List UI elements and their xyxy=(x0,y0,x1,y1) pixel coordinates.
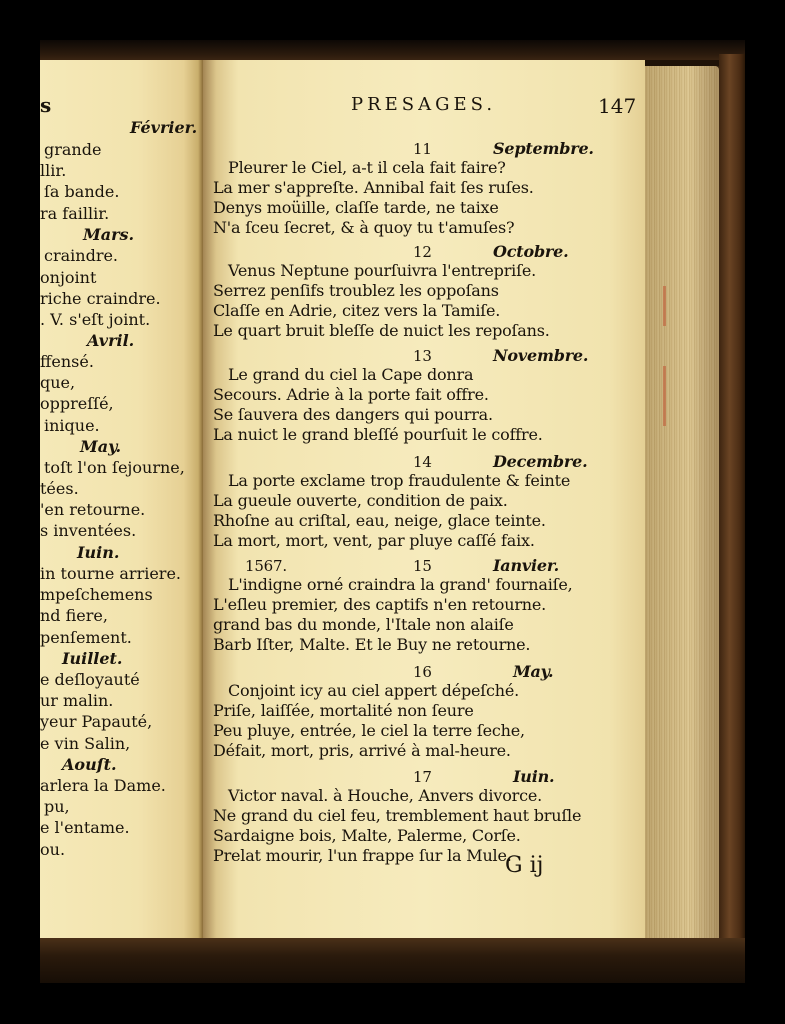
verse-line-fragment: e vin Salin, xyxy=(40,734,130,753)
verse-line: Serrez penſifs troublez les oppoſans xyxy=(213,282,499,301)
verse-line-fragment: ffensé. xyxy=(40,352,94,371)
book-top-edge xyxy=(40,40,745,60)
verse-line: Barb Iſter, Malte. Et le Buy ne retourne… xyxy=(213,636,530,655)
verse-line: La mort, mort, vent, par pluye caſſé fai… xyxy=(213,532,535,551)
verse-line: Venus Neptune pourſuivra l'entrepriſe. xyxy=(228,262,536,281)
verse-line-fragment: s inventées. xyxy=(40,521,136,540)
presage-month: Iuin. xyxy=(513,768,554,787)
presage-number: 15 xyxy=(413,557,432,576)
presage-number: 11 xyxy=(413,140,432,159)
verse-line-fragment: oppreſſé, xyxy=(40,394,114,413)
right-page: PRESAGES. 147 11Septembre.Pleurer le Cie… xyxy=(203,60,645,940)
verse-line-fragment: ſa bande. xyxy=(44,182,119,201)
verse-line-fragment: mpeſchemens xyxy=(40,585,153,604)
book-cover-edge xyxy=(719,54,745,954)
verse-line: N'a ſceu ſecret, & à quoy tu t'amuſes? xyxy=(213,219,514,238)
presage-month: Ianvier. xyxy=(493,557,559,576)
verse-line: Claſſe en Adrie, citez vers la Tamiſe. xyxy=(213,302,500,321)
signature-mark: G ij xyxy=(505,853,543,878)
verse-line-fragment: nd fiere, xyxy=(40,606,108,625)
presage-month: Decembre. xyxy=(493,453,587,472)
verse-line-fragment: arlera la Dame. xyxy=(40,776,166,795)
verse-line: Rhoſne au criſtal, eau, neige, glace tei… xyxy=(213,512,546,531)
verse-line: La nuict le grand bleſſé pourſuit le cof… xyxy=(213,426,543,445)
verse-line: Conjoint icy au ciel appert dépeſché. xyxy=(228,682,519,701)
month-heading: Iuillet. xyxy=(62,649,123,668)
month-heading: Mars. xyxy=(83,225,134,244)
verse-line-fragment: e deſloyauté xyxy=(40,670,140,689)
verse-line: Peu pluye, entrée, le ciel la terre ſech… xyxy=(213,722,525,741)
left-running-head: s xyxy=(40,93,51,117)
verse-line: Le grand du ciel la Cape donra xyxy=(228,366,473,385)
verse-line: Pleurer le Ciel, a-t il cela fait faire? xyxy=(228,159,506,178)
page-number: 147 xyxy=(598,94,636,118)
verse-line-fragment: in tourne arriere. xyxy=(40,564,181,583)
verse-line: Ne grand du ciel feu, tremblement haut b… xyxy=(213,807,581,826)
verse-line-fragment: yeur Papauté, xyxy=(40,712,152,731)
verse-line: Le quart bruit bleſſe de nuict les repoſ… xyxy=(213,322,550,341)
month-heading: Février. xyxy=(130,118,197,137)
verse-line: La gueule ouverte, condition de paix. xyxy=(213,492,508,511)
presage-number: 17 xyxy=(413,768,432,787)
presage-month: Octobre. xyxy=(493,243,569,262)
verse-line-fragment: 'en retourne. xyxy=(40,500,145,519)
month-heading: Iuin. xyxy=(77,543,119,562)
running-head: PRESAGES. xyxy=(351,94,496,115)
month-heading: May. xyxy=(80,437,121,456)
presage-month: Septembre. xyxy=(493,140,594,159)
verse-line-fragment: tées. xyxy=(40,479,79,498)
verse-line: Victor naval. à Houche, Anvers divorce. xyxy=(228,787,542,806)
left-page: s Février.grandellir.ſa bande.ra faillir… xyxy=(40,60,203,938)
verse-line: Prelat mourir, l'un frappe ſur la Mule. xyxy=(213,847,512,866)
presage-number: 16 xyxy=(413,663,432,682)
verse-line-fragment: pu, xyxy=(44,797,70,816)
verse-line: Denys moüille, claſſe tarde, ne taixe xyxy=(213,199,499,218)
verse-line-fragment: toſt l'on ſejourne, xyxy=(44,458,185,477)
verse-line-fragment: riche craindre. xyxy=(40,289,161,308)
red-edge-stain xyxy=(663,286,666,326)
verse-line-fragment: . V. s'eſt joint. xyxy=(40,310,150,329)
red-edge-stain xyxy=(663,366,666,426)
presage-month: Novembre. xyxy=(493,347,588,366)
verse-line: L'indigne orné craindra la grand' fourna… xyxy=(228,576,572,595)
verse-line: Priſe, laiſſée, mortalité non ſeure xyxy=(213,702,474,721)
verse-line: grand bas du monde, l'Itale non alaiſe xyxy=(213,616,514,635)
verse-line: Sardaigne bois, Malte, Palerme, Corſe. xyxy=(213,827,521,846)
verse-line-fragment: ra faillir. xyxy=(40,204,109,223)
presage-number: 13 xyxy=(413,347,432,366)
presage-month: May. xyxy=(513,663,553,682)
month-heading: Avril. xyxy=(87,331,134,350)
year-marker: 1567. xyxy=(245,557,287,576)
verse-line-fragment: ou. xyxy=(40,840,65,859)
book-bottom-edge xyxy=(40,938,745,983)
verse-line-fragment: penſement. xyxy=(40,628,132,647)
book-photograph: s Février.grandellir.ſa bande.ra faillir… xyxy=(40,40,745,983)
verse-line-fragment: e l'entame. xyxy=(40,818,130,837)
verse-line-fragment: ur malin. xyxy=(40,691,113,710)
verse-line: L'eſleu premier, des captifs n'en retour… xyxy=(213,596,546,615)
presage-number: 12 xyxy=(413,243,432,262)
verse-line-fragment: que, xyxy=(40,373,75,392)
verse-line: Défait, mort, pris, arrivé à mal-heure. xyxy=(213,742,511,761)
verse-line: Secours. Adrie à la porte fait offre. xyxy=(213,386,489,405)
verse-line: La mer s'appreſte. Annibal fait ſes ruſe… xyxy=(213,179,534,198)
verse-line: La porte exclame trop fraudulente & fein… xyxy=(228,472,570,491)
verse-line-fragment: craindre. xyxy=(44,246,118,265)
verse-line-fragment: grande xyxy=(44,140,101,159)
month-heading: Aouſt. xyxy=(62,755,117,774)
presage-number: 14 xyxy=(413,453,432,472)
verse-line-fragment: llir. xyxy=(40,161,66,180)
verse-line-fragment: onjoint xyxy=(40,268,96,287)
verse-line: Se ſauvera des dangers qui pourra. xyxy=(213,406,493,425)
verse-line-fragment: inique. xyxy=(44,416,100,435)
page-block-edges xyxy=(645,66,719,942)
